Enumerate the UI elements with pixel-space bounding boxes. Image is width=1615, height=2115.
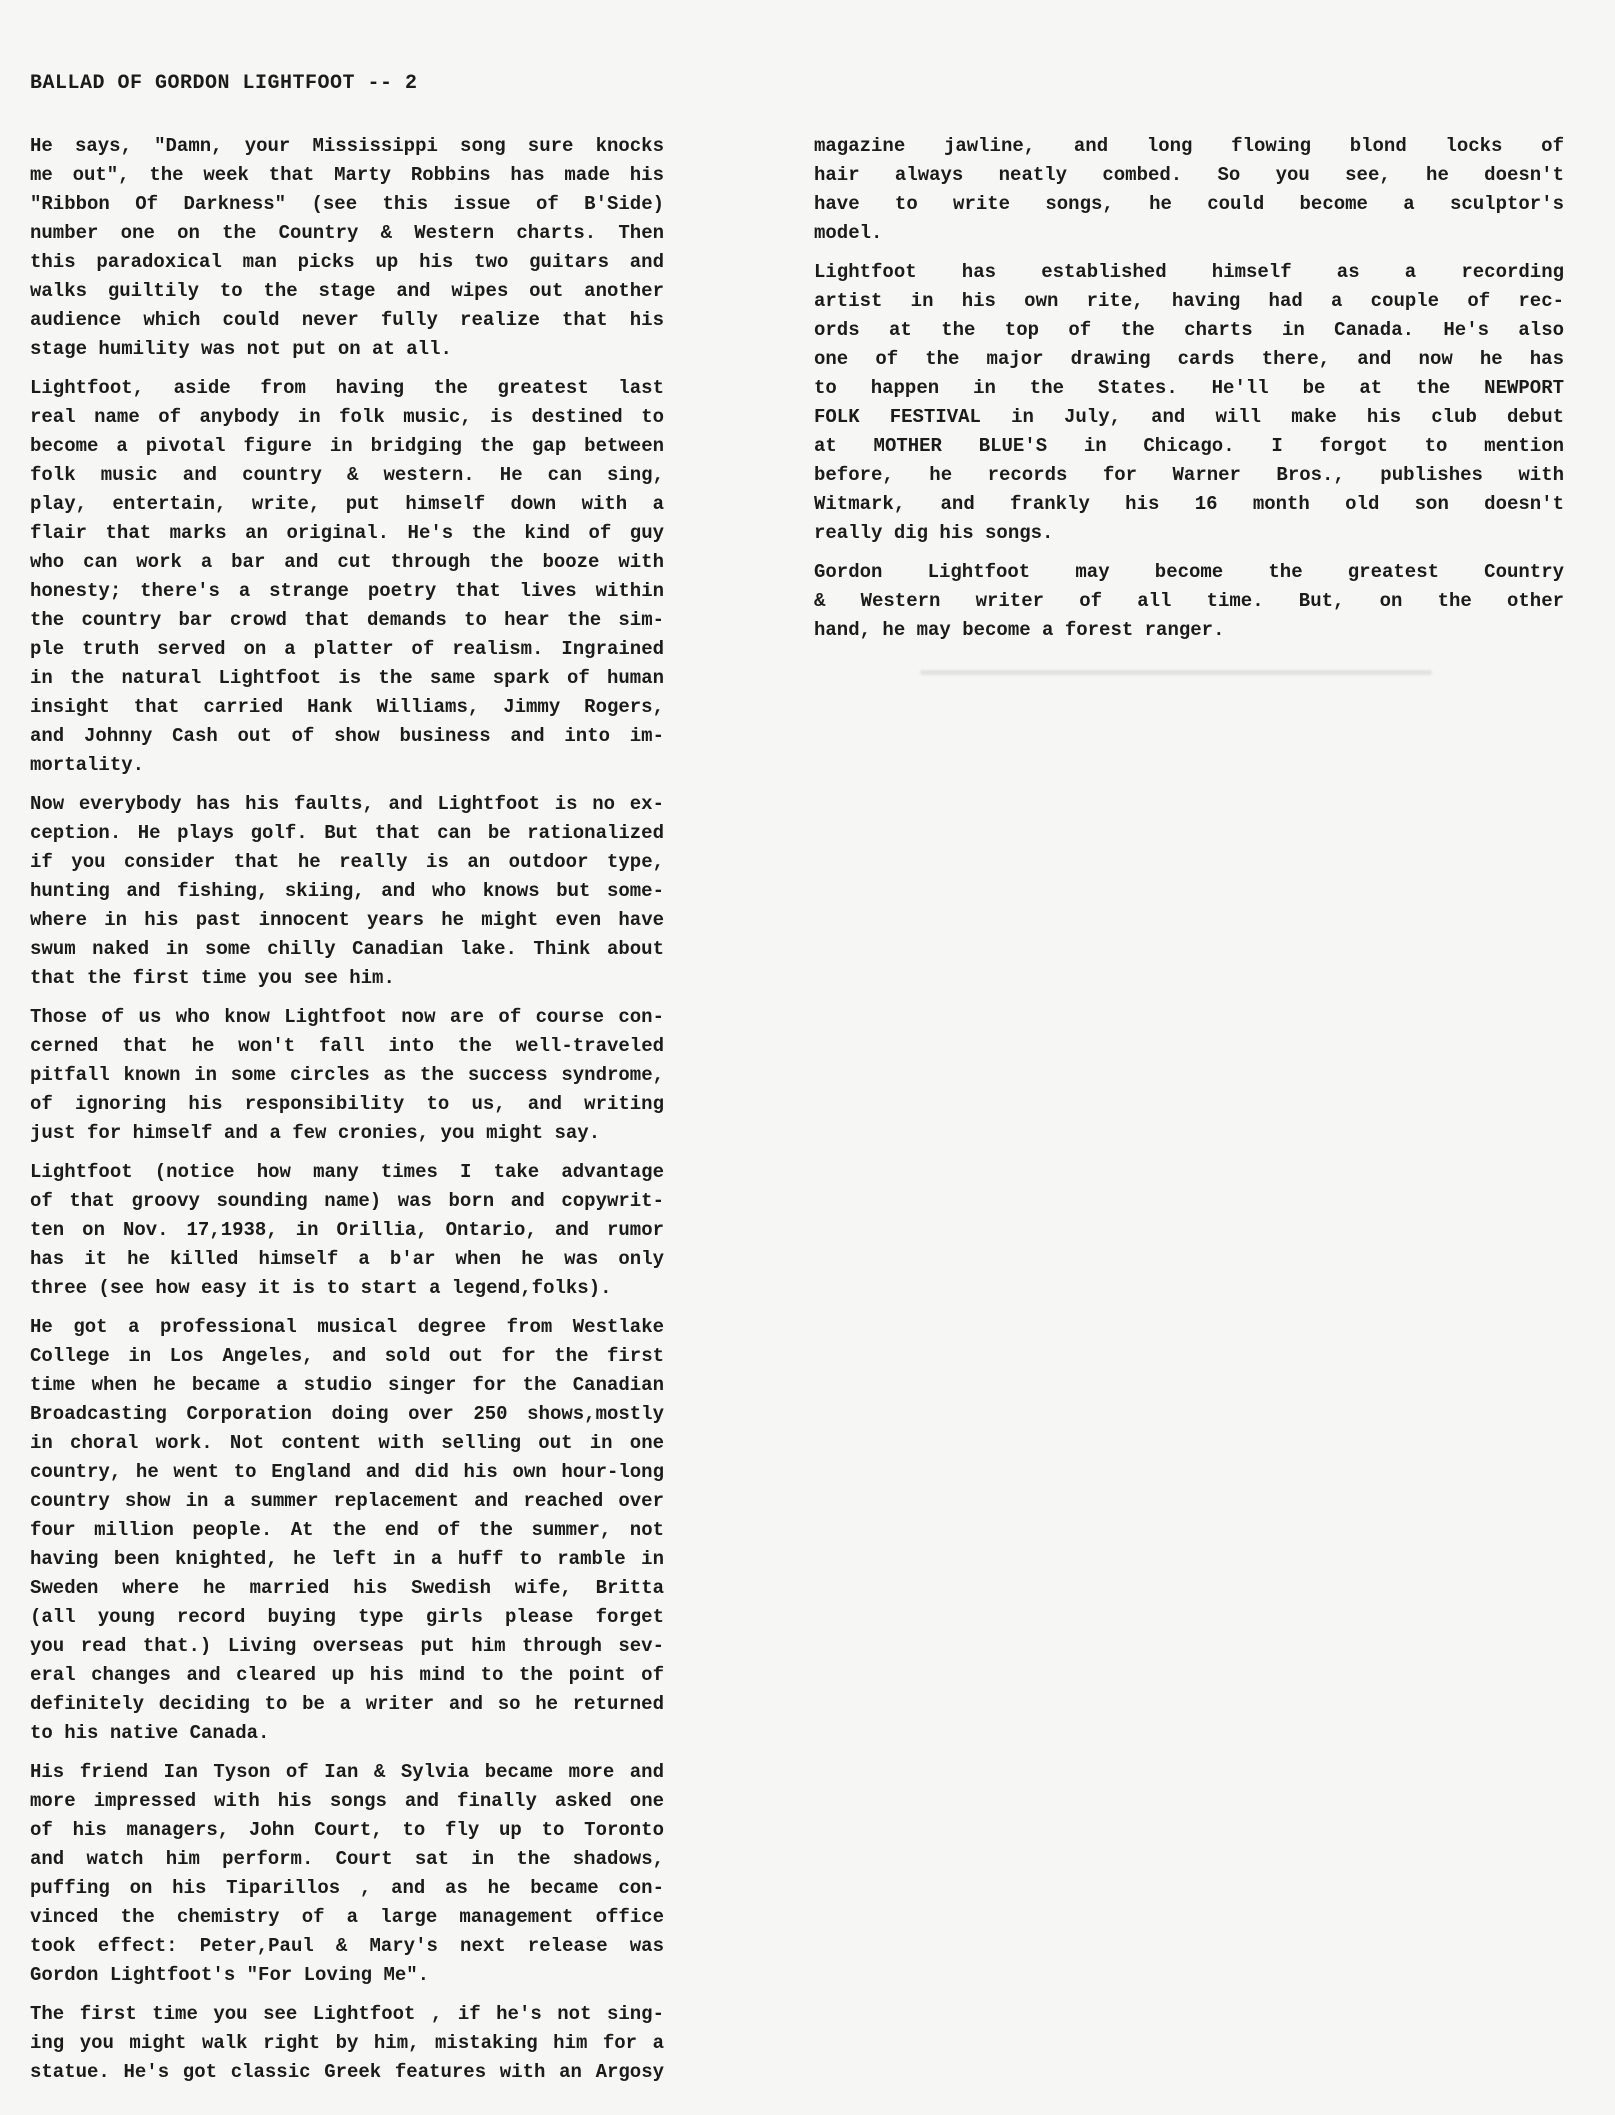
text-line: magazine jawline, and long flowing blond… <box>814 132 1564 161</box>
text-line: Gordon Lightfoot may become the greatest… <box>814 558 1564 587</box>
text-line: to happen in the States. He'll be at the… <box>814 374 1564 403</box>
text-line: ten on Nov. 17,1938, in Orillia, Ontario… <box>30 1216 664 1245</box>
text-line: the country bar crowd that demands to he… <box>30 606 664 635</box>
text-line: if you consider that he really is an out… <box>30 848 664 877</box>
text-line: Lightfoot, aside from having the greates… <box>30 374 664 403</box>
text-line: ception. He plays golf. But that can be … <box>30 819 664 848</box>
text-line: He got a professional musical degree fro… <box>30 1313 664 1342</box>
text-line: mortality. <box>30 751 664 780</box>
text-line: just for himself and a few cronies, you … <box>30 1119 664 1148</box>
text-line: who can work a bar and cut through the b… <box>30 548 664 577</box>
text-line: insight that carried Hank Williams, Jimm… <box>30 693 664 722</box>
text-line: pitfall known in some circles as the suc… <box>30 1061 664 1090</box>
text-line: flair that marks an original. He's the k… <box>30 519 664 548</box>
text-line: He says, "Damn, your Mississippi song su… <box>30 132 664 161</box>
scan-smudge-artifact <box>920 670 1432 675</box>
text-line: country, he went to England and did his … <box>30 1458 664 1487</box>
paragraph: Now everybody has his faults, and Lightf… <box>30 790 664 993</box>
paragraph: Those of us who know Lightfoot now are o… <box>30 1003 664 1148</box>
text-line: definitely deciding to be a writer and s… <box>30 1690 664 1719</box>
text-line: honesty; there's a strange poetry that l… <box>30 577 664 606</box>
paragraph: Gordon Lightfoot may become the greatest… <box>814 558 1564 645</box>
paragraph: The first time you see Lightfoot , if he… <box>30 2000 664 2087</box>
text-line: you read that.) Living overseas put him … <box>30 1632 664 1661</box>
text-line: one of the major drawing cards there, an… <box>814 345 1564 374</box>
text-line: FOLK FESTIVAL in July, and will make his… <box>814 403 1564 432</box>
scanned-typewritten-page: { "page": { "title": "BALLAD OF GORDON L… <box>0 0 1615 2115</box>
text-line: having been knighted, he left in a huff … <box>30 1545 664 1574</box>
text-line: puffing on his Tiparillos , and as he be… <box>30 1874 664 1903</box>
text-line: model. <box>814 219 1564 248</box>
text-line: took effect: Peter,Paul & Mary's next re… <box>30 1932 664 1961</box>
text-line: time when he became a studio singer for … <box>30 1371 664 1400</box>
text-line: hunting and fishing, skiing, and who kno… <box>30 877 664 906</box>
text-line: at MOTHER BLUE'S in Chicago. I forgot to… <box>814 432 1564 461</box>
text-line: Now everybody has his faults, and Lightf… <box>30 790 664 819</box>
paragraph: His friend Ian Tyson of Ian & Sylvia bec… <box>30 1758 664 1990</box>
text-line: play, entertain, write, put himself down… <box>30 490 664 519</box>
text-line: College in Los Angeles, and sold out for… <box>30 1342 664 1371</box>
text-line: Those of us who know Lightfoot now are o… <box>30 1003 664 1032</box>
text-line: His friend Ian Tyson of Ian & Sylvia bec… <box>30 1758 664 1787</box>
text-line: Broadcasting Corporation doing over 250 … <box>30 1400 664 1429</box>
text-line: swum naked in some chilly Canadian lake.… <box>30 935 664 964</box>
text-line: walks guiltily to the stage and wipes ou… <box>30 277 664 306</box>
left-text-column: He says, "Damn, your Mississippi song su… <box>30 132 664 2097</box>
paragraph: Lightfoot (notice how many times I take … <box>30 1158 664 1303</box>
paragraph: Lightfoot, aside from having the greates… <box>30 374 664 780</box>
text-line: vinced the chemistry of a large manageme… <box>30 1903 664 1932</box>
text-line: of ignoring his responsibility to us, an… <box>30 1090 664 1119</box>
text-line: and watch him perform. Court sat in the … <box>30 1845 664 1874</box>
text-line: Gordon Lightfoot's "For Loving Me". <box>30 1961 664 1990</box>
text-line: cerned that he won't fall into the well-… <box>30 1032 664 1061</box>
text-line: artist in his own rite, having had a cou… <box>814 287 1564 316</box>
text-line: ing you might walk right by him, mistaki… <box>30 2029 664 2058</box>
text-line: me out", the week that Marty Robbins has… <box>30 161 664 190</box>
text-line: Lightfoot has established himself as a r… <box>814 258 1564 287</box>
text-line: and Johnny Cash out of show business and… <box>30 722 664 751</box>
text-line: to his native Canada. <box>30 1719 664 1748</box>
text-line: folk music and country & western. He can… <box>30 461 664 490</box>
text-line: stage humility was not put on at all. <box>30 335 664 364</box>
paragraph: He got a professional musical degree fro… <box>30 1313 664 1748</box>
text-line: (all young record buying type girls plea… <box>30 1603 664 1632</box>
text-line: Sweden where he married his Swedish wife… <box>30 1574 664 1603</box>
text-line: hand, he may become a forest ranger. <box>814 616 1564 645</box>
page-title: BALLAD OF GORDON LIGHTFOOT -- 2 <box>30 70 418 98</box>
text-line: where in his past innocent years he migh… <box>30 906 664 935</box>
text-line: become a pivotal figure in bridging the … <box>30 432 664 461</box>
text-line: ords at the top of the charts in Canada.… <box>814 316 1564 345</box>
text-line: in the natural Lightfoot is the same spa… <box>30 664 664 693</box>
text-line: of his managers, John Court, to fly up t… <box>30 1816 664 1845</box>
text-line: & Western writer of all time. But, on th… <box>814 587 1564 616</box>
text-line: more impressed with his songs and finall… <box>30 1787 664 1816</box>
text-line: eral changes and cleared up his mind to … <box>30 1661 664 1690</box>
paragraph: magazine jawline, and long flowing blond… <box>814 132 1564 248</box>
text-line: hair always neatly combed. So you see, h… <box>814 161 1564 190</box>
text-line: have to write songs, he could become a s… <box>814 190 1564 219</box>
text-line: this paradoxical man picks up his two gu… <box>30 248 664 277</box>
text-line: that the first time you see him. <box>30 964 664 993</box>
text-line: has it he killed himself a b'ar when he … <box>30 1245 664 1274</box>
text-line: Lightfoot (notice how many times I take … <box>30 1158 664 1187</box>
text-line: The first time you see Lightfoot , if he… <box>30 2000 664 2029</box>
text-line: really dig his songs. <box>814 519 1564 548</box>
paragraph: He says, "Damn, your Mississippi song su… <box>30 132 664 364</box>
text-line: Witmark, and frankly his 16 month old so… <box>814 490 1564 519</box>
paragraph: Lightfoot has established himself as a r… <box>814 258 1564 548</box>
text-line: ple truth served on a platter of realism… <box>30 635 664 664</box>
text-line: four million people. At the end of the s… <box>30 1516 664 1545</box>
text-line: in choral work. Not content with selling… <box>30 1429 664 1458</box>
text-line: country show in a summer replacement and… <box>30 1487 664 1516</box>
text-line: real name of anybody in folk music, is d… <box>30 403 664 432</box>
text-line: statue. He's got classic Greek features … <box>30 2058 664 2087</box>
text-line: three (see how easy it is to start a leg… <box>30 1274 664 1303</box>
text-line: of that groovy sounding name) was born a… <box>30 1187 664 1216</box>
text-line: audience which could never fully realize… <box>30 306 664 335</box>
text-line: before, he records for Warner Bros., pub… <box>814 461 1564 490</box>
right-text-column: magazine jawline, and long flowing blond… <box>814 132 1564 655</box>
text-line: number one on the Country & Western char… <box>30 219 664 248</box>
text-line: "Ribbon Of Darkness" (see this issue of … <box>30 190 664 219</box>
